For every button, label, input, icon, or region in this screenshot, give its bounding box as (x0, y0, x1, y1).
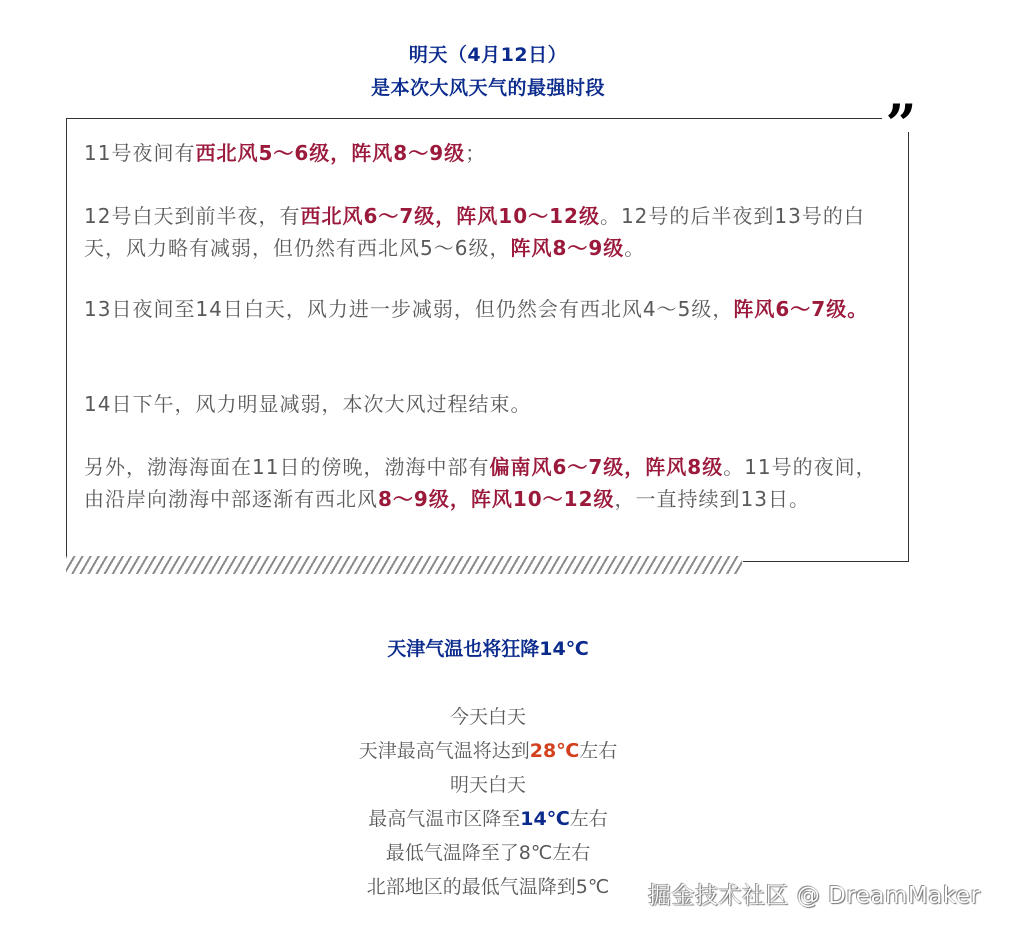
text-segment: 。 (624, 236, 645, 260)
temp-line-today: 今天白天 (0, 700, 976, 734)
temp-line-tomorrow: 明天白天 (0, 768, 976, 802)
emphasis-segment: 阵风6～7级。 (733, 297, 868, 321)
temp-text: 最高气温市区降至 (368, 808, 520, 830)
emphasis-segment: 西北风5～6级，阵风8～9级 (195, 141, 465, 165)
temperature-heading: 天津气温也将狂降14℃ (0, 634, 976, 661)
temp-line-tomorrow-high: 最高气温市区降至14℃左右 (0, 802, 976, 836)
emphasis-segment: 阵风8～9级 (510, 236, 624, 260)
wind-paragraph-4: 14日下午，风力明显减弱，本次大风过程结束。 (84, 388, 894, 420)
headline-subtitle: 是本次大风天气的最强时段 (0, 73, 976, 100)
temp-low-value: 14℃ (520, 808, 569, 830)
wind-paragraph-3: 13日夜间至14日白天，风力进一步减弱，但仍然会有西北风4～5级，阵风6～7级。 (84, 293, 894, 325)
temp-line-tomorrow-low: 最低气温降至了8℃左右 (0, 836, 976, 870)
text-segment: ； (465, 141, 486, 165)
text-segment: 14日下午，风力明显减弱，本次大风过程结束。 (84, 392, 531, 416)
emphasis-segment: 8～9级，阵风10～12级 (378, 487, 615, 511)
temp-line-today-high: 天津最高气温将达到28℃左右 (0, 734, 976, 768)
text-segment: 13日夜间至14日白天，风力进一步减弱，但仍然会有西北风4～5级， (84, 297, 733, 321)
temp-text: 左右 (570, 808, 608, 830)
text-segment: ，一直持续到13日。 (615, 487, 810, 511)
temperature-forecast: 今天白天 天津最高气温将达到28℃左右 明天白天 最高气温市区降至14℃左右 最… (0, 700, 976, 904)
wind-paragraph-5: 另外，渤海海面在11日的傍晚，渤海中部有偏南风6～7级，阵风8级。11号的夜间，… (84, 451, 894, 515)
text-segment: 另外，渤海海面在11日的傍晚，渤海中部有 (84, 455, 489, 479)
emphasis-segment: 偏南风6～7级，阵风8级 (489, 455, 723, 479)
close-quote-icon: ” (882, 96, 916, 132)
temp-text: 北部地区的最低气温降到5℃ (367, 876, 609, 898)
wind-paragraph-2: 12号白天到前半夜，有西北风6～7级，阵风10～12级。12号的后半夜到13号的… (84, 200, 894, 264)
headline-date: 明天（4月12日） (0, 40, 976, 67)
temp-text: 天津最高气温将达到 (359, 740, 530, 762)
text-segment: 12号白天到前半夜，有 (84, 204, 300, 228)
quote-box-bottom-border (743, 561, 909, 562)
wind-paragraph-1: 11号夜间有西北风5～6级，阵风8～9级； (84, 137, 894, 169)
watermark: 掘金技术社区 @ DreamMaker (648, 877, 980, 910)
hatch-decoration (66, 556, 742, 574)
emphasis-segment: 西北风6～7级，阵风10～12级 (300, 204, 600, 228)
temp-text: 最低气温降至了8℃左右 (386, 842, 590, 864)
text-segment: 11号夜间有 (84, 141, 195, 165)
temp-text: 今天白天 (450, 706, 526, 728)
temp-text: 明天白天 (450, 774, 526, 796)
temp-high-value: 28℃ (530, 740, 579, 762)
temp-text: 左右 (579, 740, 617, 762)
